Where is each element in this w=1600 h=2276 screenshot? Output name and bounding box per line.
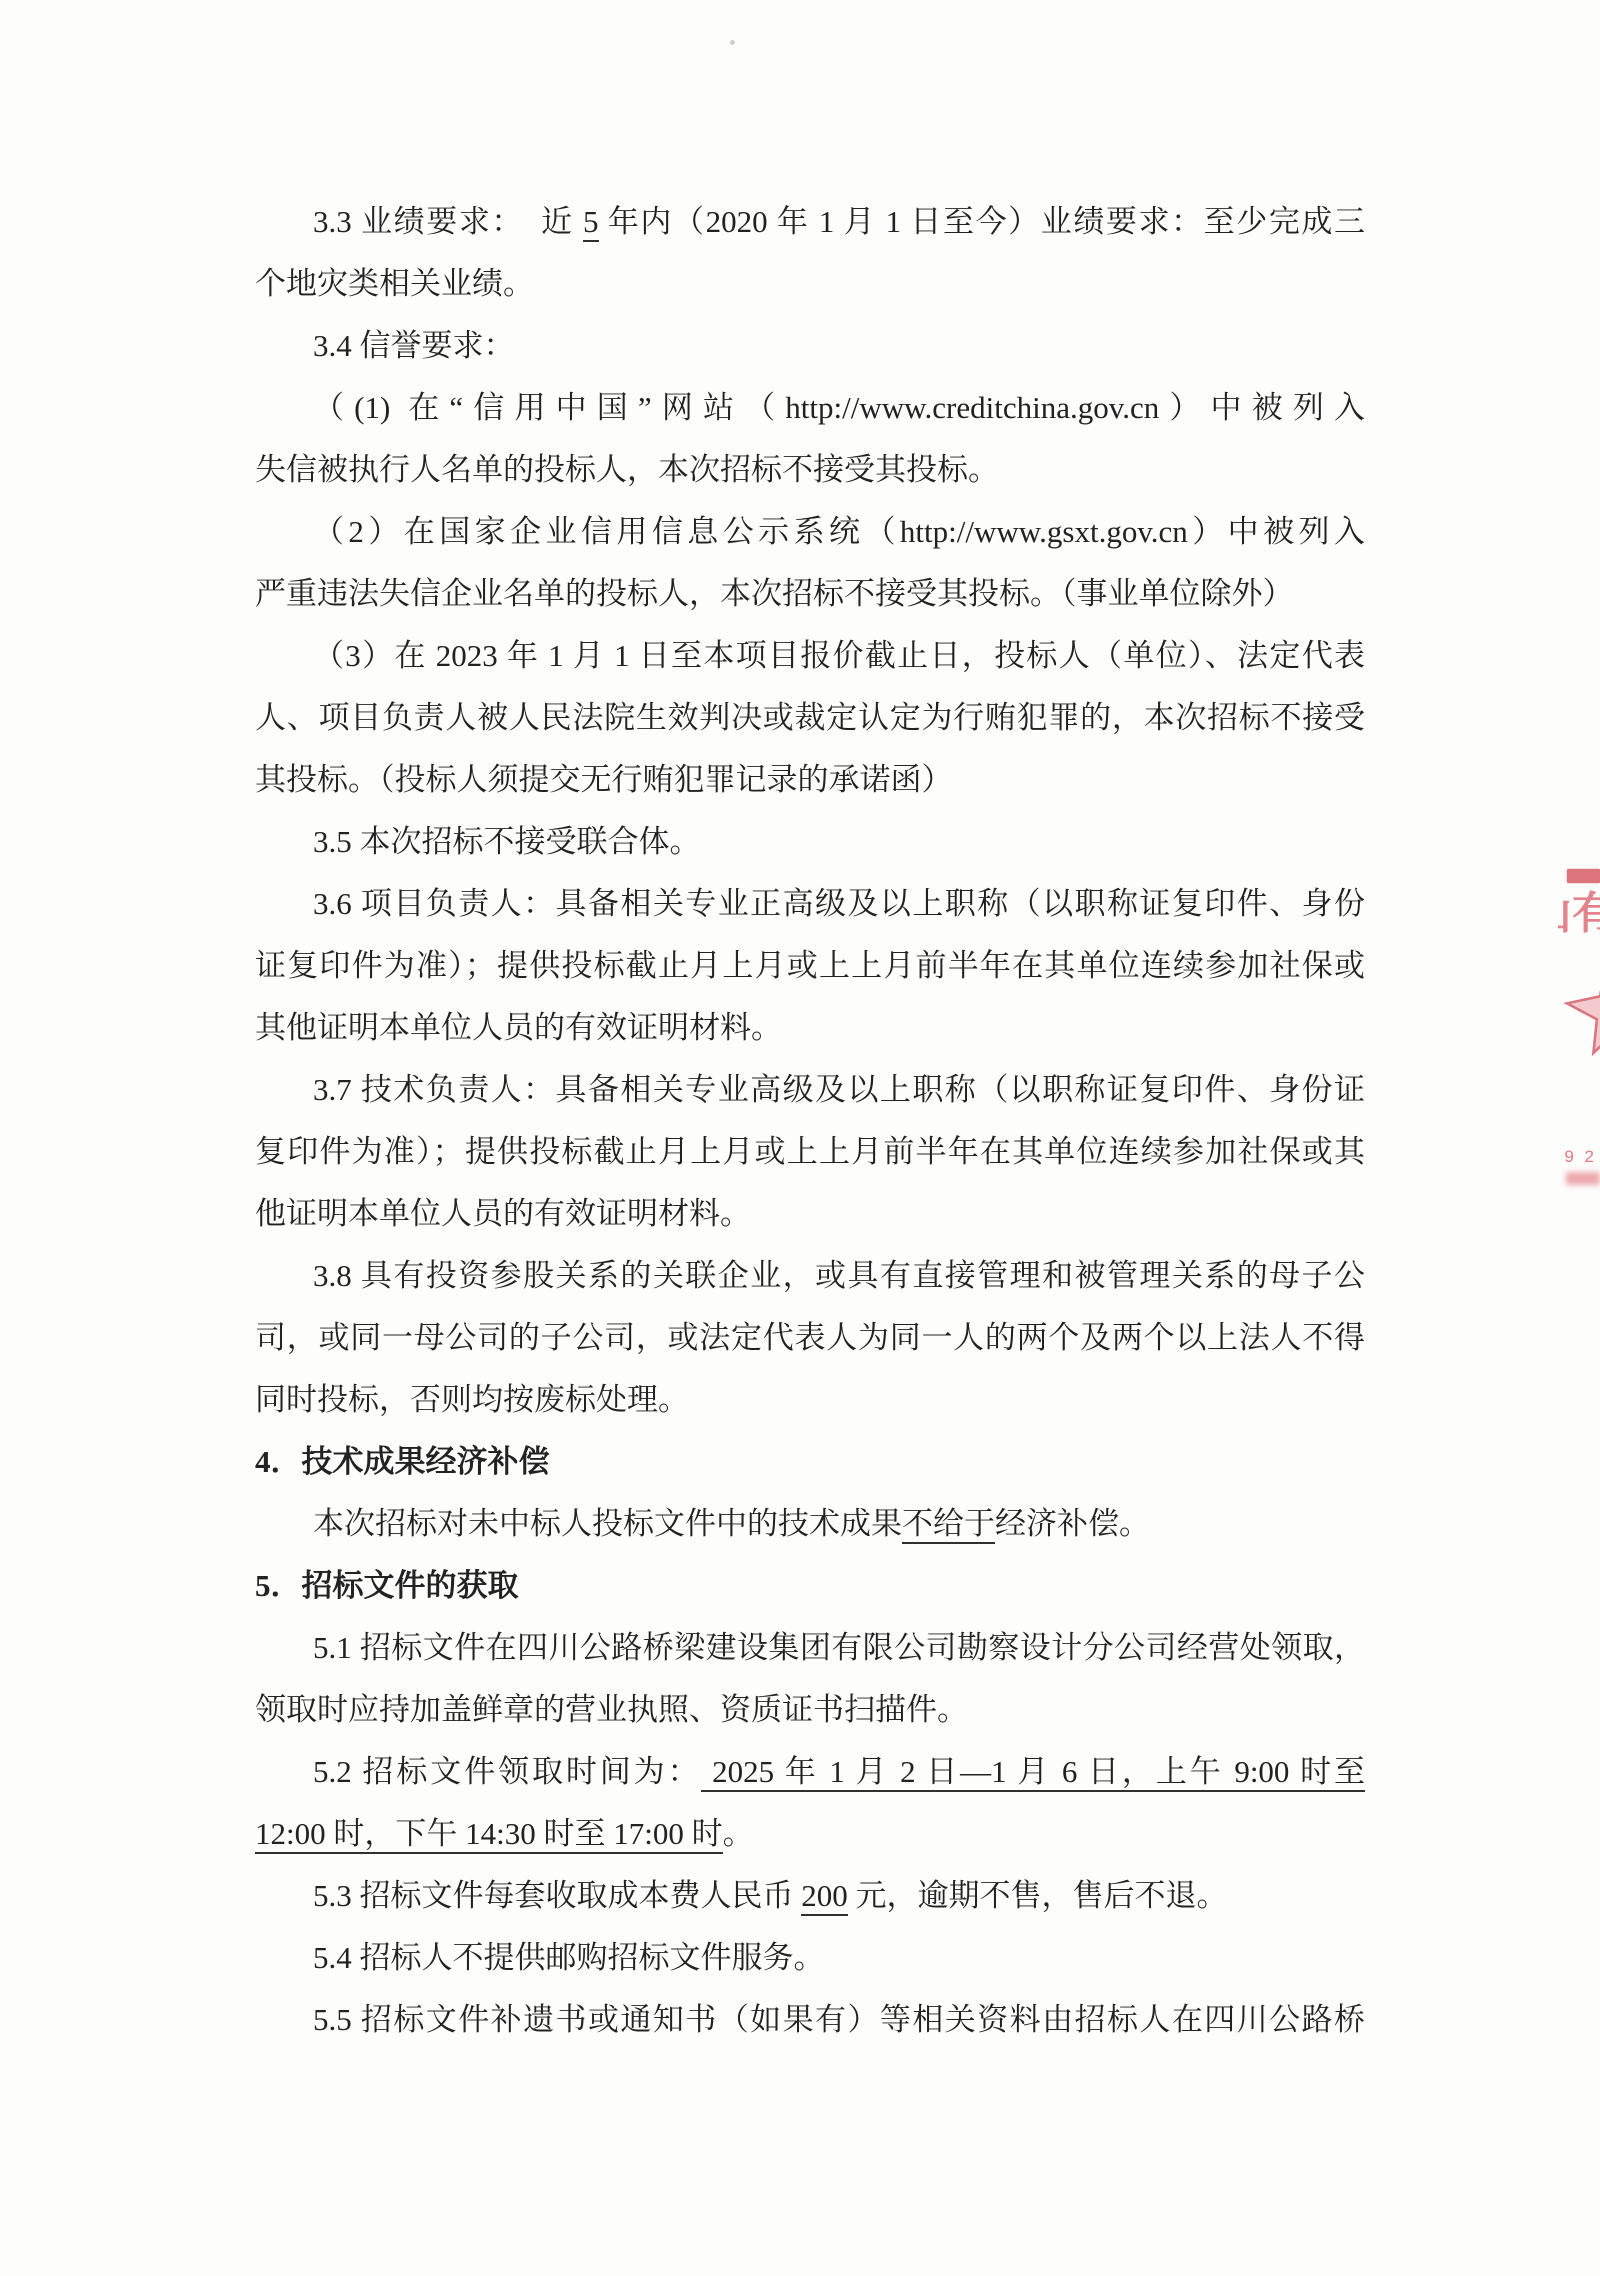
text-run: 3.4 信誉要求： (313, 328, 515, 363)
section-heading: 5．招标文件的获取 (255, 1555, 1365, 1617)
text-line: 5.5 招标文件补遗书或通知书（如果有）等相关资料由招标人在四川公路桥 (255, 1989, 1365, 2051)
section-heading: 4．技术成果经济补偿 (255, 1431, 1365, 1493)
text-line: 12:00 时，下午 14:30 时至 17:00 时。 (255, 1803, 1365, 1865)
text-line: 他证明本单位人员的有效证明材料。 (255, 1183, 1365, 1245)
text-run: 本次招标对未中标人投标文件中的技术成果 (313, 1506, 902, 1541)
text-run: 5.2 招标文件领取时间为： (313, 1754, 701, 1789)
text-line: （2）在国家企业信用信息公示系统（http://www.gsxt.gov.cn）… (255, 501, 1365, 563)
text-line: （(1) 在“信用中国”网站（http://www.creditchina.go… (255, 377, 1365, 439)
text-line: 领取时应持加盖鲜章的营业执照、资质证书扫描件。 (255, 1679, 1365, 1741)
text-line: 本次招标对未中标人投标文件中的技术成果不给于经济补偿。 (255, 1493, 1365, 1555)
text-run: 同时投标，否则均按废标处理。 (255, 1382, 689, 1417)
text-run: 5．招标文件的获取 (255, 1568, 519, 1603)
text-run: 。 (723, 1816, 754, 1851)
text-run: 其投标。（投标人须提交无行贿犯罪记录的承诺函） (255, 762, 953, 797)
text-line: 复印件为准）；提供投标截止月上月或上上月前半年在其单位连续参加社保或其 (255, 1121, 1365, 1183)
text-line: 失信被执行人名单的投标人，本次招标不接受其投标。 (255, 439, 1365, 501)
text-line: 5.3 招标文件每套收取成本费人民币 200 元，逾期不售，售后不退。 (255, 1865, 1365, 1927)
text-line: 人、项目负责人被人民法院生效判决或裁定认定为行贿犯罪的，本次招标不接受 (255, 687, 1365, 749)
text-run: 3.6 项目负责人：具备相关专业正高级及以上职称（以职称证复印件、身份 (313, 886, 1365, 921)
text-run: 复印件为准）；提供投标截止月上月或上上月前半年在其单位连续参加社保或其 (255, 1134, 1365, 1169)
text-line: 5.1 招标文件在四川公路桥梁建设集团有限公司勘察设计分公司经营处领取， (255, 1617, 1365, 1679)
scan-artifact-dot (730, 40, 735, 45)
text-line: 证复印件为准）；提供投标截止月上月或上上月前半年在其单位连续参加社保或 (255, 935, 1365, 997)
text-run: 3.5 本次招标不接受联合体。 (313, 824, 701, 859)
text-line: 3.6 项目负责人：具备相关专业正高级及以上职称（以职称证复印件、身份 (255, 873, 1365, 935)
text-run: 年内（2020 年 1 月 1 日至今）业绩要求：至少完成三 (599, 204, 1366, 239)
text-line: 5.2 招标文件领取时间为： 2025 年 1 月 2 日—1 月 6 日，上午… (255, 1741, 1365, 1803)
text-run: 经济补偿。 (995, 1506, 1150, 1541)
text-run: 失信被执行人名单的投标人，本次招标不接受其投标。 (255, 452, 999, 487)
text-line: 司，或同一母公司的子公司，或法定代表人为同一人的两个及两个以上法人不得 (255, 1307, 1365, 1369)
text-run: 4．技术成果经济补偿 (255, 1444, 550, 1479)
text-run: 他证明本单位人员的有效证明材料。 (255, 1196, 751, 1231)
text-line: （3）在 2023 年 1 月 1 日至本项目报价截止日，投标人（单位）、法定代… (255, 625, 1365, 687)
text-run: 司，或同一母公司的子公司，或法定代表人为同一人的两个及两个以上法人不得 (255, 1320, 1365, 1355)
text-run: 5.5 招标文件补遗书或通知书（如果有）等相关资料由招标人在四川公路桥 (313, 2002, 1365, 2037)
document-page: 3.3 业绩要求： 近 5 年内（2020 年 1 月 1 日至今）业绩要求：至… (0, 0, 1600, 2276)
seal-characters-text: 山有 (1558, 886, 1600, 942)
text-line: 5.4 招标人不提供邮购招标文件服务。 (255, 1927, 1365, 1989)
text-line: 3.3 业绩要求： 近 5 年内（2020 年 1 月 1 日至今）业绩要求：至… (255, 191, 1365, 253)
underlined-text: 200 (801, 1878, 848, 1916)
text-run: 3.7 技术负责人：具备相关专业高级及以上职称（以职称证复印件、身份证 (313, 1072, 1365, 1107)
text-run: 严重违法失信企业名单的投标人，本次招标不接受其投标。（事业单位除外） (255, 576, 1294, 611)
text-body: 3.3 业绩要求： 近 5 年内（2020 年 1 月 1 日至今）业绩要求：至… (255, 191, 1365, 2051)
underlined-text: 12:00 时，下午 14:30 时至 17:00 时 (255, 1816, 723, 1854)
text-run: 领取时应持加盖鲜章的营业执照、资质证书扫描件。 (255, 1692, 968, 1727)
underlined-text: 2025 年 1 月 2 日—1 月 6 日，上午 9:00 时至 (701, 1754, 1365, 1792)
text-run: 5.3 招标文件每套收取成本费人民币 (313, 1878, 801, 1913)
text-line: 其他证明本单位人员的有效证明材料。 (255, 997, 1365, 1059)
text-run: 5.4 招标人不提供邮购招标文件服务。 (313, 1940, 825, 1975)
text-run: 人、项目负责人被人民法院生效判决或裁定认定为行贿犯罪的，本次招标不接受 (255, 700, 1365, 735)
text-run: 元，逾期不售，售后不退。 (848, 1878, 1228, 1913)
text-line: 3.4 信誉要求： (255, 315, 1365, 377)
text-line: 3.7 技术负责人：具备相关专业高级及以上职称（以职称证复印件、身份证 (255, 1059, 1365, 1121)
seal-blur-mark (1566, 1172, 1600, 1185)
text-line: 严重违法失信企业名单的投标人，本次招标不接受其投标。（事业单位除外） (255, 563, 1365, 625)
text-run: 3.3 业绩要求： 近 (313, 204, 583, 239)
text-run: 3.8 具有投资参股关系的关联企业，或具有直接管理和被管理关系的母子公 (313, 1258, 1365, 1293)
star-icon (1562, 956, 1600, 1060)
text-line: 个地灾类相关业绩。 (255, 253, 1365, 315)
seal-bar (1567, 869, 1600, 883)
text-run: （3）在 2023 年 1 月 1 日至本项目报价截止日，投标人（单位）、法定代… (313, 638, 1365, 673)
text-line: 3.5 本次招标不接受联合体。 (255, 811, 1365, 873)
seal-characters: 山有 (1558, 886, 1600, 944)
text-run: 其他证明本单位人员的有效证明材料。 (255, 1010, 782, 1045)
underlined-text: 5 (583, 204, 599, 242)
text-run: 5.1 招标文件在四川公路桥梁建设集团有限公司勘察设计分公司经营处领取， (313, 1630, 1365, 1665)
text-line: 同时投标，否则均按废标处理。 (255, 1369, 1365, 1431)
text-line: 其投标。（投标人须提交无行贿犯罪记录的承诺函） (255, 749, 1365, 811)
underlined-text: 不给于 (902, 1506, 995, 1544)
seal-digits: 9 2 (1564, 1148, 1597, 1166)
text-run: 证复印件为准）；提供投标截止月上月或上上月前半年在其单位连续参加社保或 (255, 948, 1365, 983)
text-run: （2）在国家企业信用信息公示系统（http://www.gsxt.gov.cn）… (313, 514, 1365, 549)
text-run: 个地灾类相关业绩。 (255, 266, 534, 301)
text-run: （(1) 在“信用中国”网站（http://www.creditchina.go… (313, 390, 1365, 425)
text-line: 3.8 具有投资参股关系的关联企业，或具有直接管理和被管理关系的母子公 (255, 1245, 1365, 1307)
